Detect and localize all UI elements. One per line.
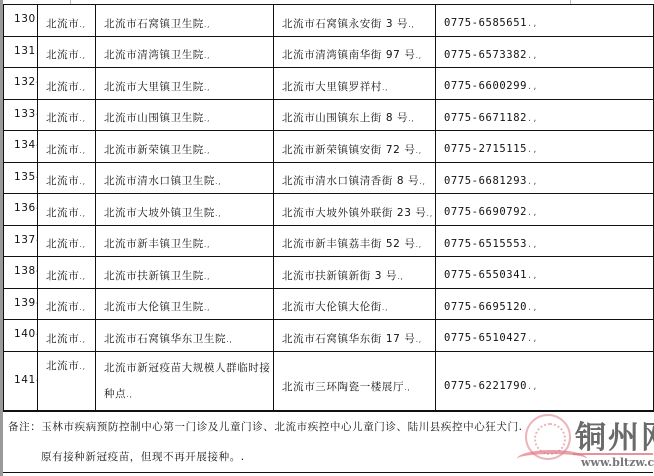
row-number-text: 135 (14, 171, 36, 183)
address-cell-text: 北流市石窝镇华东街 17 号 (282, 333, 415, 345)
row-number: 141↵ (4, 351, 38, 411)
city-cell: 北流市., (38, 288, 96, 320)
phone-cell: 0775-6671182., (436, 99, 654, 131)
paragraph-mark-icon: ., (204, 83, 210, 92)
row-number-text: 137 (14, 234, 36, 246)
row-number-text: 136 (14, 202, 36, 214)
paragraph-mark-icon: ., (427, 209, 433, 218)
city-cell-text: 北流市 (46, 270, 79, 282)
table-row: 131.北流市.,北流市清湾镇卫生院.,北流市清湾镇南华街 97 号.,0775… (4, 36, 654, 68)
address-cell: 北流市清湾镇南华街 97 号., (274, 36, 436, 68)
table-row: 132↵北流市.,北流市大里镇卫生院.,北流市大里镇罗祥村.,0775-6600… (4, 68, 654, 100)
phone-cell-text: 0775-6681293 (444, 175, 527, 187)
city-cell: 北流市., (38, 194, 96, 226)
row-number-text: 134 (14, 139, 36, 151)
address-cell-text: 北流市新丰镇荔丰街 52 号 (282, 238, 415, 250)
address-cell-text: 北流市扶新镇新街 3 号 (282, 270, 397, 282)
clinic-name-cell: 北流市大伦镇卫生院., (96, 288, 274, 320)
paragraph-mark-icon: ., (215, 177, 221, 186)
address-cell-text: 北流市山围镇东上街 8 号 (282, 112, 408, 124)
paragraph-mark-icon: ., (408, 20, 414, 29)
row-number-text: 139 (14, 297, 36, 309)
phone-cell: 0775-6573382., (436, 36, 654, 68)
paragraph-mark-icon: ., (204, 272, 210, 281)
paragraph-mark-icon: ., (527, 303, 538, 312)
address-cell-text: 北流市大里镇罗祥村 (282, 81, 382, 93)
row-number: 134↵ (4, 131, 38, 163)
paragraph-mark-icon: ., (215, 209, 221, 218)
paragraph-mark-icon: ., (527, 145, 538, 154)
paragraph-mark-icon: ., (527, 334, 538, 343)
paragraph-mark-icon: ., (527, 240, 538, 249)
paragraph-mark-icon: ., (415, 240, 421, 249)
phone-cell: 0775-2715115., (436, 131, 654, 163)
row-number: 140↵ (4, 320, 38, 352)
remarks-line-2: 原有接种新冠疫苗，但现不再开展接种。. (41, 449, 245, 464)
clinic-name-cell-text: 北流市清湾镇卫生院 (104, 49, 204, 61)
paragraph-mark-icon: ., (527, 271, 538, 280)
paragraph-mark-icon: ., (79, 335, 85, 344)
row-number: 136↵ (4, 194, 38, 226)
address-cell-text: 北流市三环陶瓷一楼展厅 (282, 381, 404, 393)
phone-cell-text: 0775-6690792 (444, 206, 527, 218)
city-cell-text: 北流市 (46, 301, 79, 313)
address-cell: 北流市三环陶瓷一楼展厅., (274, 351, 436, 411)
table-row: 136↵北流市.,北流市大坡外镇卫生院.,北流市大坡外镇外联街 23 号.,07… (4, 194, 654, 226)
watermark-url: www.bltzw.com (581, 456, 654, 469)
paragraph-mark-icon: ., (527, 177, 538, 186)
address-cell: 北流市清水口镇清香街 8 号., (274, 162, 436, 194)
city-cell-text: 北流市 (46, 175, 79, 187)
paragraph-mark-icon: ., (79, 362, 85, 371)
clinic-name-cell: 北流市新丰镇卫生院., (96, 225, 274, 257)
phone-cell-text: 0775-6510427 (444, 332, 527, 344)
city-cell: 北流市., (38, 68, 96, 100)
clinic-name-cell: 北流市山围镇卫生院., (96, 99, 274, 131)
city-cell-text: 北流市 (46, 333, 79, 345)
phone-cell-text: 0775-6600299 (444, 80, 527, 92)
row-number-text: 141 (14, 374, 36, 386)
phone-cell: 0775-6690792., (436, 194, 654, 226)
phone-cell-text: 0775-6671182 (444, 112, 527, 124)
phone-cell: 0775-6515553., (436, 225, 654, 257)
phone-cell: 0775-6585651., (436, 5, 654, 37)
clinic-name-cell: 北流市清湾镇卫生院., (96, 36, 274, 68)
clinic-name-cell-text: 北流市新丰镇卫生院 (104, 238, 204, 250)
paragraph-mark-icon: ., (382, 303, 388, 312)
paragraph-mark-icon: ., (79, 20, 85, 29)
paragraph-mark-icon: ., (79, 83, 85, 92)
address-cell-text: 北流市大坡外镇外联街 23 号 (282, 207, 427, 219)
paragraph-mark-icon: ., (79, 114, 85, 123)
clinic-name-cell-text: 北流市清水口镇卫生院 (104, 175, 215, 187)
paragraph-mark-icon: ., (527, 382, 538, 391)
paragraph-mark-icon: ., (204, 146, 210, 155)
paragraph-mark-icon: ., (79, 209, 85, 218)
paragraph-mark-icon: ., (527, 114, 538, 123)
paragraph-mark-icon: ., (79, 177, 85, 186)
phone-cell: 0775-6510427., (436, 320, 654, 352)
address-cell-text: 北流市清湾镇南华街 97 号 (282, 49, 415, 61)
paragraph-mark-icon: ., (527, 51, 538, 60)
table-row: 141↵北流市.,北流市新冠疫苗大规模人群临时接种点.,北流市三环陶瓷一楼展厅.… (4, 351, 654, 411)
paragraph-mark-icon: ., (382, 83, 388, 92)
row-number-text: 131 (14, 45, 36, 57)
table-row: 139↵北流市.,北流市大伦镇卫生院.,北流市大伦镇大伦街.,0775-6695… (4, 288, 654, 320)
row-number: 130. (4, 5, 38, 37)
phone-cell-text: 0775-6695120 (444, 301, 527, 313)
address-cell: 北流市新丰镇荔丰街 52 号., (274, 225, 436, 257)
row-number: 139↵ (4, 288, 38, 320)
paragraph-mark-icon: ., (204, 303, 210, 312)
phone-cell: 0775-6681293., (436, 162, 654, 194)
paragraph-mark-icon: ., (204, 51, 210, 60)
row-number: 131. (4, 36, 38, 68)
phone-cell-text: 0775-6573382 (444, 49, 527, 61)
address-cell-text: 北流市石窝镇永安街 3 号 (282, 18, 408, 30)
paragraph-mark-icon: ., (527, 208, 538, 217)
paragraph-mark-icon: ., (79, 146, 85, 155)
clinic-table: 130.北流市.,北流市石窝镇卫生院.,北流市石窝镇永安街 3 号.,0775-… (3, 4, 654, 412)
phone-cell: 0775-6600299., (436, 68, 654, 100)
phone-cell: 0775-6221790., (436, 351, 654, 411)
city-cell: 北流市., (38, 5, 96, 37)
phone-cell: 0775-6550341., (436, 257, 654, 289)
remarks-line-1: 备注：玉林市疾病预防控制中心第一门诊及儿童门诊、北流市疾控中心儿童门诊、陆川县疾… (8, 419, 523, 434)
clinic-name-cell: 北流市石窝镇卫生院., (96, 5, 274, 37)
row-number-text: 138 (14, 265, 36, 277)
row-number-text: 140 (14, 328, 36, 340)
city-cell-text: 北流市 (46, 360, 79, 372)
paragraph-mark-icon: ., (226, 335, 232, 344)
clinic-name-cell-text: 北流市大伦镇卫生院 (104, 301, 204, 313)
row-number: 133↵ (4, 99, 38, 131)
phone-cell-text: 0775-6550341 (444, 269, 527, 281)
row-number: 132↵ (4, 68, 38, 100)
city-cell-text: 北流市 (46, 238, 79, 250)
city-cell-text: 北流市 (46, 81, 79, 93)
phone-cell-text: 0775-6221790 (444, 380, 527, 392)
paragraph-mark-icon: ., (204, 114, 210, 123)
paragraph-mark-icon: ., (79, 51, 85, 60)
paragraph-mark-icon: ., (204, 240, 210, 249)
clinic-name-cell-text: 北流市石窝镇卫生院 (104, 18, 204, 30)
site-watermark: 铜州网 www.bltzw.com (525, 410, 654, 472)
clinic-name-cell-text: 北流市扶新镇卫生院 (104, 270, 204, 282)
city-cell: 北流市., (38, 99, 96, 131)
city-cell: 北流市., (38, 162, 96, 194)
table-row: 134↵北流市.,北流市新荣镇卫生院.,北流市新荣镇镇安街 72 号.,0775… (4, 131, 654, 163)
address-cell: 北流市石窝镇永安街 3 号., (274, 5, 436, 37)
paragraph-mark-icon: ., (204, 20, 210, 29)
table-row: 135↵北流市.,北流市清水口镇卫生院.,北流市清水口镇清香街 8 号.,077… (4, 162, 654, 194)
city-cell: 北流市., (38, 131, 96, 163)
paragraph-mark-icon: ., (419, 177, 425, 186)
clinic-name-cell-text: 北流市大里镇卫生院 (104, 81, 204, 93)
table-row: 133↵北流市.,北流市山围镇卫生院.,北流市山围镇东上街 8 号.,0775-… (4, 99, 654, 131)
clinic-name-cell-text: 北流市山围镇卫生院 (104, 112, 204, 124)
city-cell-text: 北流市 (46, 112, 79, 124)
paragraph-mark-icon: ., (126, 390, 132, 399)
row-number-text: 133 (14, 108, 36, 120)
phone-cell: 0775-6695120., (436, 288, 654, 320)
clinic-name-cell-text: 北流市石窝镇华东卫生院 (104, 333, 226, 345)
clinic-name-cell: 北流市新冠疫苗大规模人群临时接种点., (96, 351, 274, 411)
address-cell: 北流市新荣镇镇安街 72 号., (274, 131, 436, 163)
watermark-title: 铜州网 (575, 412, 654, 457)
clinic-name-cell: 北流市清水口镇卫生院., (96, 162, 274, 194)
row-number: 137↵ (4, 225, 38, 257)
clinic-name-cell: 北流市新荣镇卫生院., (96, 131, 274, 163)
clinic-name-cell: 北流市扶新镇卫生院., (96, 257, 274, 289)
paragraph-mark-icon: ., (527, 82, 538, 91)
phone-cell-text: 0775-2715115 (444, 143, 527, 155)
watermark-divider (573, 453, 653, 455)
paragraph-mark-icon: ., (527, 19, 538, 28)
table-row: 130.北流市.,北流市石窝镇卫生院.,北流市石窝镇永安街 3 号.,0775-… (4, 5, 654, 37)
paragraph-mark-icon: ., (415, 146, 421, 155)
clinic-name-cell: 北流市大坡外镇卫生院., (96, 194, 274, 226)
address-cell-text: 北流市大伦镇大伦街 (282, 301, 382, 313)
address-cell: 北流市扶新镇新街 3 号., (274, 257, 436, 289)
city-cell: 北流市., (38, 351, 96, 411)
row-number: 138↵ (4, 257, 38, 289)
paragraph-mark-icon: ., (404, 383, 410, 392)
table-row: 137↵北流市.,北流市新丰镇卫生院.,北流市新丰镇荔丰街 52 号.,0775… (4, 225, 654, 257)
city-cell: 北流市., (38, 36, 96, 68)
city-cell: 北流市., (38, 320, 96, 352)
city-cell-text: 北流市 (46, 207, 79, 219)
phone-cell-text: 0775-6585651 (444, 17, 527, 29)
clinic-name-cell-text: 北流市新荣镇卫生院 (104, 144, 204, 156)
address-cell: 北流市山围镇东上街 8 号., (274, 99, 436, 131)
row-number: 135↵ (4, 162, 38, 194)
clinic-name-cell-text: 北流市大坡外镇卫生院 (104, 207, 215, 219)
clinic-name-cell: 北流市石窝镇华东卫生院., (96, 320, 274, 352)
table-row: 138↵北流市.,北流市扶新镇卫生院.,北流市扶新镇新街 3 号.,0775-6… (4, 257, 654, 289)
table-row: 140↵北流市.,北流市石窝镇华东卫生院.,北流市石窝镇华东街 17 号.,07… (4, 320, 654, 352)
paragraph-mark-icon: ., (415, 51, 421, 60)
paragraph-mark-icon: ., (415, 335, 421, 344)
paragraph-mark-icon: ., (79, 303, 85, 312)
city-cell-text: 北流市 (46, 144, 79, 156)
address-cell: 北流市大伦镇大伦街., (274, 288, 436, 320)
address-cell: 北流市大坡外镇外联街 23 号., (274, 194, 436, 226)
city-cell: 北流市., (38, 225, 96, 257)
city-cell-text: 北流市 (46, 49, 79, 61)
city-cell: 北流市., (38, 257, 96, 289)
address-cell-text: 北流市新荣镇镇安街 72 号 (282, 144, 415, 156)
address-cell: 北流市大里镇罗祥村., (274, 68, 436, 100)
clinic-name-cell: 北流市大里镇卫生院., (96, 68, 274, 100)
paragraph-mark-icon: ., (79, 240, 85, 249)
row-number-text: 132 (14, 76, 36, 88)
city-cell-text: 北流市 (46, 18, 79, 30)
address-cell: 北流市石窝镇华东街 17 号., (274, 320, 436, 352)
address-cell-text: 北流市清水口镇清香街 8 号 (282, 175, 419, 187)
paragraph-mark-icon: ., (397, 272, 403, 281)
paragraph-mark-icon: ., (79, 272, 85, 281)
paragraph-mark-icon: ., (408, 114, 414, 123)
row-number-text: 130 (14, 13, 36, 25)
phone-cell-text: 0775-6515553 (444, 238, 527, 250)
